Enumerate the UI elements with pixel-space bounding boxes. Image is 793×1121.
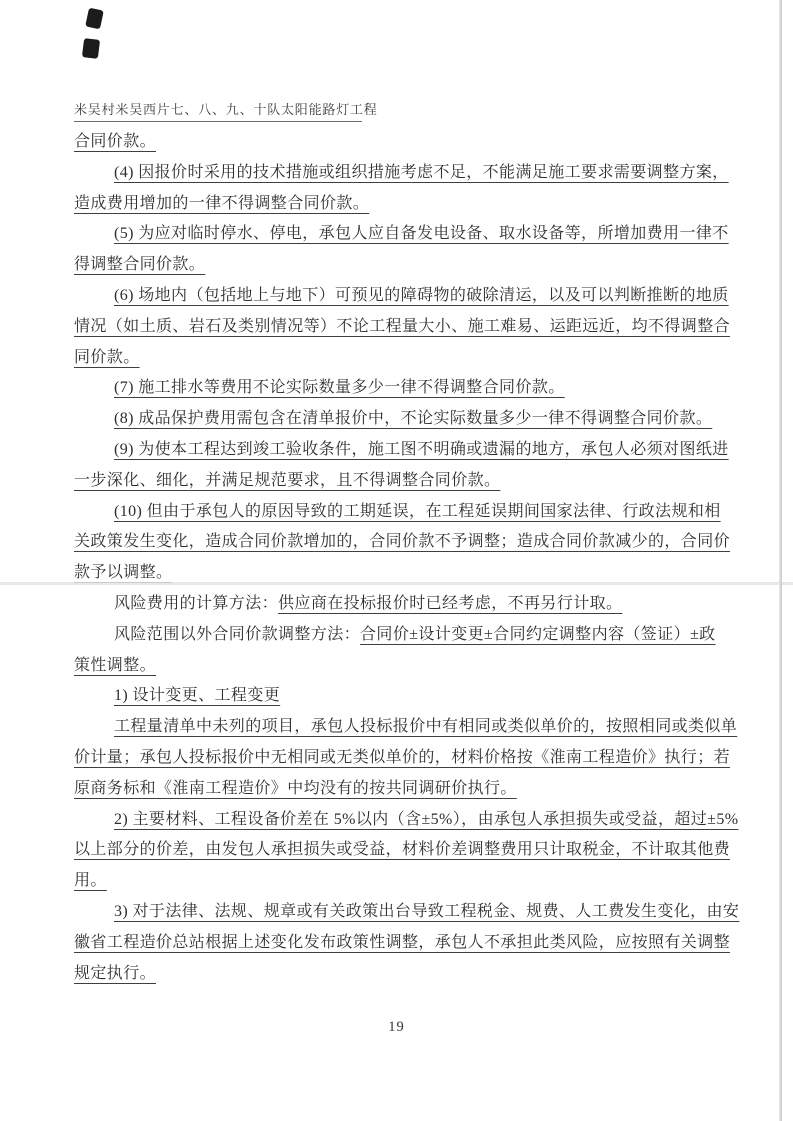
text-line: (9) 为使本工程达到竣工验收条件，施工图不明确或遗漏的地方，承包人必须对图纸进 [74,435,726,466]
scan-artifact-line [0,582,793,585]
underlined-text: 款予以调整。 [74,564,172,581]
text-line: 2) 主要材料、工程设备价差在 5%以内（含±5%），由承包人承担损失或受益，超… [74,805,726,836]
underlined-text: 得调整合同价款。 [74,256,205,273]
underlined-text: 造成费用增加的一律不得调整合同价款。 [74,195,369,212]
underlined-text: 一步深化、细化，并满足规范要求，且不得调整合同价款。 [74,472,500,489]
underlined-text: 策性调整。 [74,657,156,674]
text-line: 3) 对于法律、法规、规章或有关政策出台导致工程税金、规费、人工费发生变化，由安 [74,897,726,928]
page-header-title: 米吴村米吴西片七、八、九、十队太阳能路灯工程 [74,99,378,118]
text-line: 同价款。 [74,343,726,374]
underlined-text: (7) 施工排水等费用不论实际数量多少一律不得调整合同价款。 [114,379,565,396]
underlined-text: 以上部分的价差，由发包人承担损失或受益，材料价差调整费用只计取税金，不计取其他费 [74,841,730,858]
plain-text: 风险费用的计算方法： [114,595,278,612]
text-line: 得调整合同价款。 [74,250,726,281]
text-line: 工程量清单中未列的项目，承包人投标报价中有相同或类似单价的，按照相同或类似单 [74,712,726,743]
underlined-text: 价计量；承包人投标报价中无相同或无类似单价的，材料价格按《淮南工程造价》执行；若 [74,749,730,766]
text-line: 风险费用的计算方法：供应商在投标报价时已经考虑，不再另行计取。 [74,589,726,620]
underlined-text: 工程量清单中未列的项目，承包人投标报价中有相同或类似单价的，按照相同或类似单 [114,718,737,735]
scan-ink-mark [85,8,104,30]
page-number: 19 [0,1019,793,1036]
document-page: 米吴村米吴西片七、八、九、十队太阳能路灯工程 合同价款。(4) 因报价时采用的技… [0,0,793,1121]
underlined-text: 关政策发生变化，造成合同价款增加的，合同价款不予调整；造成合同价款减少的，合同价 [74,533,730,550]
text-line: 合同价款。 [74,127,726,158]
underlined-text: 供应商在投标报价时已经考虑，不再另行计取。 [278,595,622,612]
text-line: (6) 场地内（包括地上与地下）可预见的障碍物的破除清运，以及可以判断推断的地质 [74,281,726,312]
underlined-text: 同价款。 [74,349,140,366]
text-line: 风险范围以外合同价款调整方法：合同价±设计变更±合同约定调整内容（签证）±政 [74,620,726,651]
header-rule [74,121,362,122]
text-line: (7) 施工排水等费用不论实际数量多少一律不得调整合同价款。 [74,373,726,404]
underlined-text: 规定执行。 [74,965,156,982]
text-line: (10) 但由于承包人的原因导致的工期延误，在工程延误期间国家法律、行政法规和相 [74,497,726,528]
plain-text: 风险范围以外合同价款调整方法： [114,626,360,643]
text-line: (4) 因报价时采用的技术措施或组织措施考虑不足，不能满足施工要求需要调整方案， [74,158,726,189]
underlined-text: (4) 因报价时采用的技术措施或组织措施考虑不足，不能满足施工要求需要调整方案， [114,164,729,181]
text-line: 规定执行。 [74,959,726,990]
underlined-text: 用。 [74,872,107,889]
underlined-text: (10) 但由于承包人的原因导致的工期延误，在工程延误期间国家法律、行政法规和相 [114,503,721,520]
text-line: 造成费用增加的一律不得调整合同价款。 [74,189,726,220]
text-line: 价计量；承包人投标报价中无相同或无类似单价的，材料价格按《淮南工程造价》执行；若 [74,743,726,774]
underlined-text: (6) 场地内（包括地上与地下）可预见的障碍物的破除清运，以及可以判断推断的地质 [114,287,729,304]
underlined-text: (9) 为使本工程达到竣工验收条件，施工图不明确或遗漏的地方，承包人必须对图纸进 [114,441,729,458]
underlined-text: 徽省工程造价总站根据上述变化发布政策性调整，承包人不承担此类风险，应按照有关调整 [74,934,730,951]
underlined-text: (5) 为应对临时停水、停电，承包人应自备发电设备、取水设备等，所增加费用一律不 [114,225,729,242]
text-line: (8) 成品保护费用需包含在清单报价中，不论实际数量多少一律不得调整合同价款。 [74,404,726,435]
underlined-text: 合同价款。 [74,133,156,150]
underlined-text: 合同价±设计变更±合同约定调整内容（签证）±政 [360,626,716,643]
text-line: 徽省工程造价总站根据上述变化发布政策性调整，承包人不承担此类风险，应按照有关调整 [74,928,726,959]
underlined-text: 情况（如土质、岩石及类别情况等）不论工程量大小、施工难易、运距远近，均不得调整合 [74,318,730,335]
text-line: 一步深化、细化，并满足规范要求，且不得调整合同价款。 [74,466,726,497]
text-line: 情况（如土质、岩石及类别情况等）不论工程量大小、施工难易、运距远近，均不得调整合 [74,312,726,343]
document-body: 合同价款。(4) 因报价时采用的技术措施或组织措施考虑不足，不能满足施工要求需要… [74,127,726,989]
underlined-text: 3) 对于法律、法规、规章或有关政策出台导致工程税金、规费、人工费发生变化，由安 [114,903,739,920]
underlined-text: 2) 主要材料、工程设备价差在 5%以内（含±5%），由承包人承担损失或受益，超… [114,811,738,828]
text-line: 原商务标和《淮南工程造价》中均没有的按共同调研价执行。 [74,774,726,805]
text-line: 以上部分的价差，由发包人承担损失或受益，材料价差调整费用只计取税金，不计取其他费 [74,835,726,866]
scan-edge-line [779,0,782,1121]
text-line: (5) 为应对临时停水、停电，承包人应自备发电设备、取水设备等，所增加费用一律不 [74,219,726,250]
text-line: 1) 设计变更、工程变更 [74,681,726,712]
underlined-text: (8) 成品保护费用需包含在清单报价中，不论实际数量多少一律不得调整合同价款。 [114,410,712,427]
underlined-text: 1) 设计变更、工程变更 [114,687,280,704]
underlined-text: 原商务标和《淮南工程造价》中均没有的按共同调研价执行。 [74,780,517,797]
scan-ink-mark [82,38,100,59]
text-line: 关政策发生变化，造成合同价款增加的，合同价款不予调整；造成合同价款减少的，合同价 [74,527,726,558]
text-line: 用。 [74,866,726,897]
text-line: 策性调整。 [74,651,726,682]
